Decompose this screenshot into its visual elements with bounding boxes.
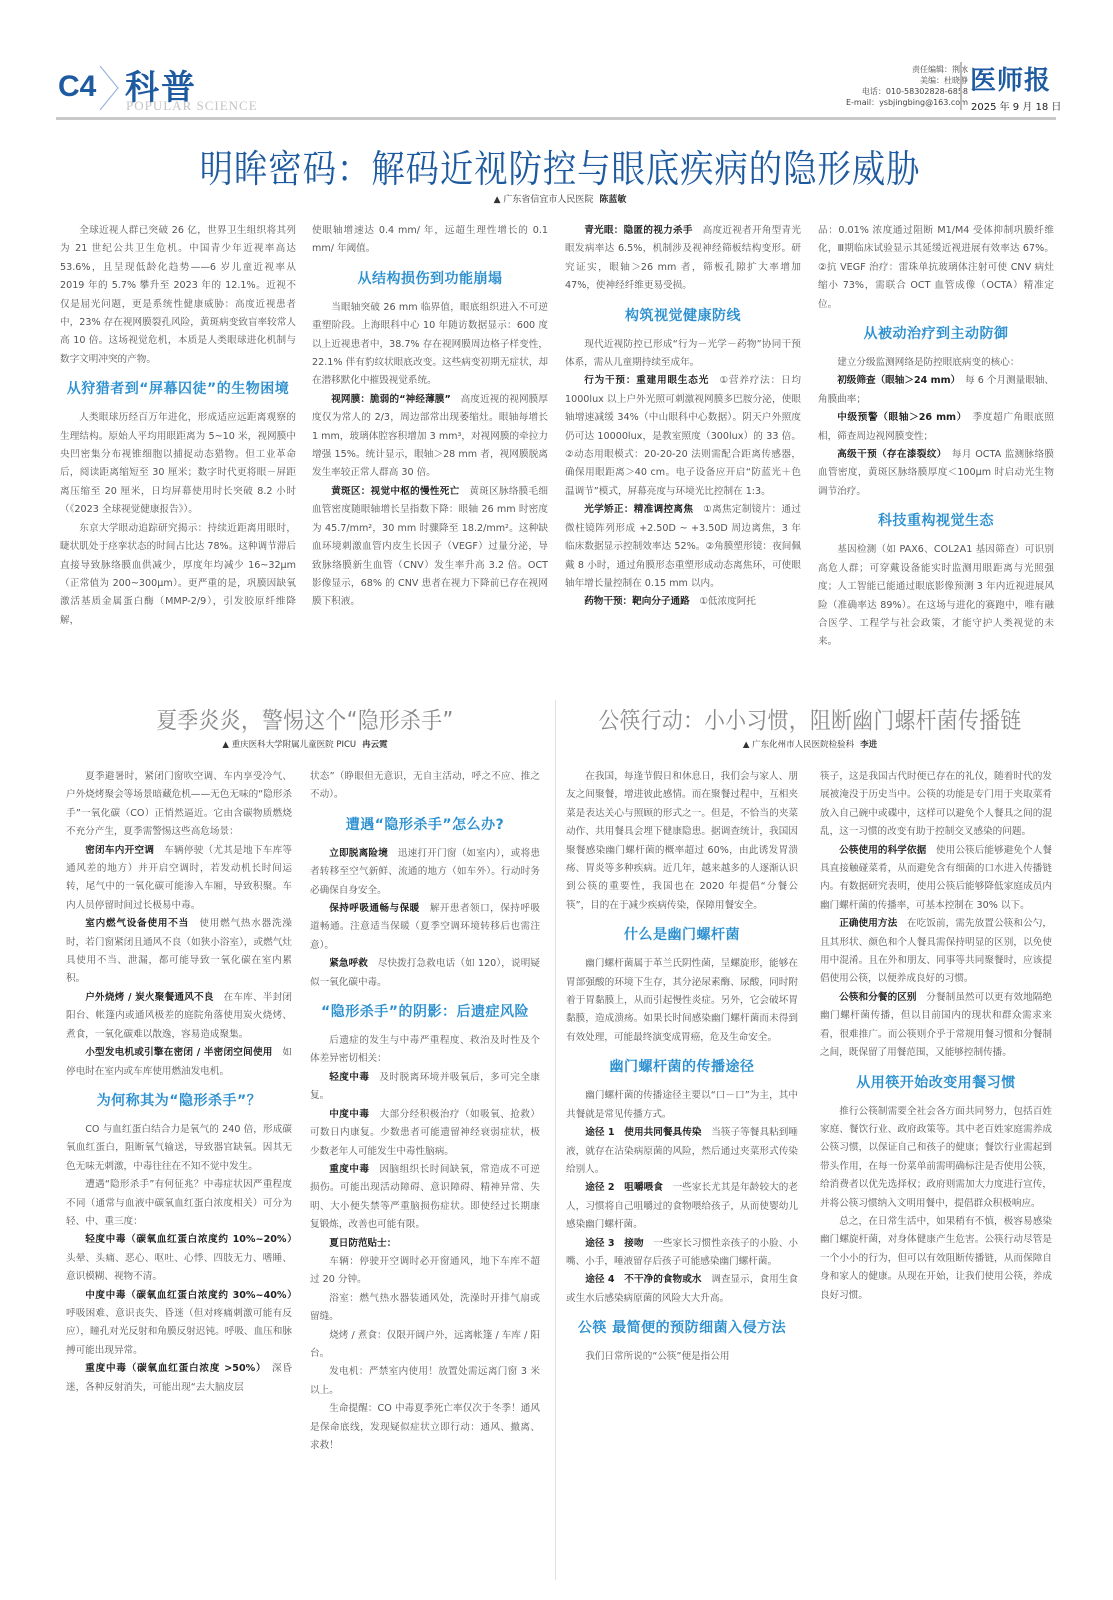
section-heading: 构筑视觉健康防线 [565,306,801,326]
byline-org: ▲ 广东化州市人民医院检验科 [743,740,854,750]
article3-title: 公筷行动：小小习惯，阻断幽门螺杆菌传播链 [590,702,1031,735]
newspaper-logo: 医师报 [970,60,1051,97]
issue-date: 2025 年 9 月 18 日 [971,98,1061,113]
paragraph: 东京大学眼动追踪研究揭示：持续近距离用眼时，睫状肌处于痉挛状态的时间占比达 78… [60,520,296,630]
chevron-right-icon [98,64,120,112]
paragraph: 青光眼：隐匿的视力杀手 高度近视者开角型青光眼发病率达 6.5%，机制涉及视神经… [565,222,801,296]
paragraph-lead: 立即脱离险境 [329,848,388,859]
paragraph: 黄斑区：视觉中枢的慢性死亡 黄斑区脉络膜毛细血管密度随眼轴增长呈指数下降：眼轴 … [312,483,548,612]
section-heading: 从狩猎者到“屏幕囚徒”的生物困境 [60,379,296,399]
paragraph: 光学矫正：精准调控离焦 ①离焦定制镜片：通过微柱镜阵列形成 +2.50D ~ +… [565,501,801,593]
paragraph-lead: 中级预警（眼轴＞26 mm） [837,412,962,423]
byline-org: ▲ 重庆医科大学附属儿童医院 PICU [222,740,356,750]
paragraph-lead: 轻度中毒（碳氧血红蛋白浓度约 10%~20%） [85,1234,292,1245]
paragraph-lead: 正确使用方法 [839,918,897,929]
section-heading: 遭遇“隐形杀手”怎么办? [310,815,540,835]
section-heading: 从被动治疗到主动防御 [818,324,1054,344]
paragraph-body: ①营养疗法：日均 1000lux 以上户外光照可刺激视网膜多巴胺分泌，使眼轴增速… [565,375,801,496]
paragraph: 途径 2 咀嚼喂食 一些家长尤其是年龄较大的老人，习惯将自己咀嚼过的食物喂给孩子… [566,1179,798,1234]
section-subtitle: POPULAR SCIENCE [126,98,258,114]
paragraph: 重度中毒（碳氧血红蛋白浓度 >50%） 深昏迷，各种反射消失，可能出现“去大脑皮… [66,1360,292,1397]
paragraph-lead: 紧急呼救 [329,958,368,969]
paragraph: 立即脱离险境 迅速打开门窗（如室内），或将患者转移至空气新鲜、流通的地方（如车外… [310,845,540,900]
paragraph-lead: 中度中毒（碳氧血红蛋白浓度约 30%~40%） [85,1290,292,1301]
paragraph: 推行公筷制需要全社会各方面共同努力，包括百姓家庭、餐饮行业、政府政策等。其中老百… [820,1103,1052,1213]
page-number: C4 [58,70,96,104]
paragraph-lead: 公筷使用的科学依据 [839,845,926,856]
paragraph-lead: 密闭车内开空调 [85,845,154,856]
section-heading: “隐形杀手”的阴影：后遗症风险 [310,1002,540,1022]
paragraph-lead: 户外烧烤 / 炭火聚餐通风不良 [85,992,213,1003]
article1-column-3: 青光眼：隐匿的视力杀手 高度近视者开角型青光眼发病率达 6.5%，机制涉及视神经… [565,222,801,612]
article2-column-2: 状态”（睁眼但无意识，无自主活动，呼之不应、推之不动）。 遭遇“隐形杀手”怎么办… [310,768,540,1455]
email-credit: E-mail：ysbjingbing@163.com [800,97,968,108]
byline-author: 陈蓝敏 [599,195,626,205]
paragraph-lead: 轻度中毒 [329,1072,369,1083]
section-heading: 为何称其为“隐形杀手”？ [66,1091,292,1111]
paragraph-body: 高度近视的视网膜厚度仅为常人的 2/3，周边部常出现萎缩灶。眼轴每增长 1 mm… [312,394,548,479]
paragraph: 人类眼球历经百万年进化，形成适应远距离观察的生理结构。原始人平均用眼距离为 5~… [60,409,296,519]
phone-credit: 电话：010-58302828-6858 [800,86,968,97]
paragraph: 途径 4 不干净的食物或水 调查显示，食用生食或生水后感染病原菌的风险大大升高。 [566,1271,798,1308]
paragraph: 公筷和分餐的区别 分餐制虽然可以更有效地隔绝幽门螺杆菌传播，但以目前国内的现状和… [820,989,1052,1063]
article2-byline: ▲ 重庆医科大学附属儿童医院 PICU冉云霓 [60,738,550,750]
paragraph-lead: 视网膜：脆弱的“神经薄膜” [331,394,451,405]
paragraph-lead: 途径 4 不干净的食物或水 [585,1274,701,1285]
paragraph: 全球近视人群已突破 26 亿，世界卫生组织将其列为 21 世纪公共卫生危机。中国… [60,222,296,369]
paragraph: 我们日常所说的“公筷”便是指公用 [566,1348,798,1366]
paragraph: 在我国，每逢节假日和休息日，我们会与家人、朋友之间聚餐，增进彼此感情。而在聚餐过… [566,768,798,915]
paragraph-lead: 重度中毒（碳氧血红蛋白浓度 >50%） [85,1363,261,1374]
paragraph: 夏日防范贴士： [310,1235,540,1253]
paragraph: 途径 3 接吻 一些家长习惯性亲孩子的小脸、小嘴、小手，唾液留存后孩子可能感染幽… [566,1235,798,1272]
section-heading: 幽门螺杆菌的传播途径 [566,1057,798,1077]
paragraph: 生命提醒：CO 中毒夏季死亡率仅次于冬季！通风是保命底线，发现疑似症状立即行动：… [310,1400,540,1455]
article1-column-4: 品：0.01% 浓度通过阻断 M1/M4 受体抑制巩膜纤维化，Ⅲ期临床试验显示其… [818,222,1054,652]
paragraph: 浴室：燃气热水器装通风处，洗澡时开排气扇或留缝。 [310,1290,540,1327]
paragraph: 夏季避暑时，紧闭门窗吹空调、车内享受冷气、户外烧烤聚会等场景暗藏危机——无色无味… [66,768,292,842]
paragraph-lead: 夏日防范贴士： [329,1238,396,1249]
article1-column-1: 全球近视人群已突破 26 亿，世界卫生组织将其列为 21 世纪公共卫生危机。中国… [60,222,296,630]
paragraph-lead: 药物干预：靶向分子通路 [584,596,690,607]
paragraph-lead: 光学矫正：精准调控离焦 [584,504,693,515]
paragraph-body: ①低浓度阿托 [699,596,756,607]
paragraph: 发电机：严禁室内使用！放置处需远离门窗 3 米以上。 [310,1363,540,1400]
paragraph-lead: 途径 1 使用共同餐具传染 [585,1127,701,1138]
paragraph: 公筷使用的科学依据 使用公筷后能够避免个人餐具直接触碰菜肴，从而避免含有细菌的口… [820,842,1052,916]
paragraph: 建立分级监测网络是防控眼底病变的核心： [818,354,1054,372]
paragraph: 品：0.01% 浓度通过阻断 M1/M4 受体抑制巩膜纤维化，Ⅲ期临床试验显示其… [818,222,1054,314]
paragraph-lead: 行为干预：重建用眼生态光 [584,375,709,386]
article2-title: 夏季炎炎，警惕这个“隐形杀手” [85,702,526,735]
section-heading: 公筷 最简便的预防细菌入侵方法 [566,1318,798,1338]
paragraph-lead: 公筷和分餐的区别 [839,992,916,1003]
paragraph-lead: 高级干预（存在漆裂纹） [837,449,942,460]
article1-column-2: 使眼轴增速达 0.4 mm/ 年，远超生理性增长的 0.1 mm/ 年阈值。 从… [312,222,548,612]
paragraph: 当眼轴突破 26 mm 临界值，眼底组织进入不可逆重塑阶段。上海眼科中心 10 … [312,299,548,391]
paragraph: 幽门螺杆菌的传播途径主要以“口－口”为主，其中共餐就是常见传播方式。 [566,1087,798,1124]
paragraph: 后遗症的发生与中毒严重程度、救治及时性及个体差异密切相关： [310,1032,540,1069]
paragraph: 遭遇“隐形杀手”有何征兆？中毒症状因严重程度不同（通常与血液中碳氧血红蛋白浓度相… [66,1176,292,1231]
paragraph-lead: 重度中毒 [329,1164,369,1175]
paragraph: 密闭车内开空调 车辆停驶（尤其是地下车库等通风差的地方）并开启空调时，若发动机长… [66,842,292,916]
paragraph: 中度中毒（碳氧血红蛋白浓度约 30%~40%） 呼吸困难、意识丧失、昏迷（但对疼… [66,1287,292,1361]
article3-byline: ▲ 广东化州市人民医院检验科李进 [565,738,1055,750]
paragraph: CO 与血红蛋白结合力是氧气的 240 倍，形成碳氧血红蛋白，阻断氧气输送，导致… [66,1121,292,1176]
paragraph: 轻度中毒 及时脱离环境并吸氧后，多可完全康复。 [310,1069,540,1106]
paragraph-body: 呼吸困难、意识丧失、昏迷（但对疼痛刺激可能有反应），瞳孔对光反射和角膜反射迟钝。… [66,1308,292,1356]
section-heading: 从用筷开始改变用餐习惯 [820,1073,1052,1093]
article3-column-2: 筷子，这是我国古代时便已存在的礼仪，随着时代的发展被淹没于历史当中。公筷的功能是… [820,768,1052,1305]
article2-column-1: 夏季避暑时，紧闭门窗吹空调、车内享受冷气、户外烧烤聚会等场景暗藏危机——无色无味… [66,768,292,1397]
paragraph: 户外烧烤 / 炭火聚餐通风不良 在车库、半封闭阳台、帐篷内或通风极差的庭院角落使… [66,989,292,1044]
paragraph: 正确使用方法 在吃饭前，需先放置公筷和公勺，且其形状、颜色和个人餐具需保持明显的… [820,915,1052,989]
paragraph: 室内燃气设备使用不当 使用燃气热水器洗澡时，若门窗紧闭且通风不良（如狭小浴室），… [66,915,292,989]
paragraph-body: 头晕、头痛、恶心、呕吐、心悸、四肢无力、嗜睡、意识模糊、视物不清。 [66,1253,292,1282]
paragraph: 筷子，这是我国古代时便已存在的礼仪，随着时代的发展被淹没于历史当中。公筷的功能是… [820,768,1052,842]
paragraph: 小型发电机或引擎在密闭 / 半密闭空间使用 如停电时在室内或车库使用燃油发电机。 [66,1044,292,1081]
paragraph: 基因检测（如 PAX6、COL2A1 基因筛查）可识别高危人群；可穿戴设备能实时… [818,541,1054,651]
paragraph: 幽门螺杆菌属于革兰氏阴性菌，呈螺旋形，能够在胃部强酸的环境下生存，其分泌尿素酶、… [566,955,798,1047]
paragraph-lead: 小型发电机或引擎在密闭 / 半密闭空间使用 [85,1047,272,1058]
paragraph: 中度中毒 大部分经积极治疗（如吸氧、抢救）可数日内康复。少数患者可能遗留神经衰弱… [310,1106,540,1161]
paragraph-lead: 初级筛查（眼轴＞24 mm） [837,375,955,386]
paragraph-body: ①离焦定制镜片：通过微柱镜阵列形成 +2.50D ~ +3.50D 周边离焦，3… [565,504,801,589]
paragraph: 保持呼吸通畅与保暖 解开患者领口，保持呼吸道畅通。注意适当保暖（夏季空调环境转移… [310,900,540,955]
editorial-credits: 责任编辑：荆冰 美编：杜晓静 电话：010-58302828-6858 E-ma… [800,64,968,108]
paragraph-body: 黄斑区脉络膜毛细血管密度随眼轴增长呈指数下降：眼轴 26 mm 时密度为 45.… [312,486,548,607]
paragraph: 初级筛查（眼轴＞24 mm） 每 6 个月测量眼轴、角膜曲率； [818,372,1054,409]
paragraph: 烧烤 / 煮食：仅限开阔户外，远离帐篷 / 车库 / 阳台。 [310,1327,540,1364]
article1-title: 明眸密码：解码近视防控与眼底疾病的隐形威胁 [120,138,1000,193]
paragraph: 总之，在日常生活中，如果稍有不慎，极容易感染幽门螺旋杆菌，对身体健康产生危害。公… [820,1213,1052,1305]
paragraph: 视网膜：脆弱的“神经薄膜” 高度近视的视网膜厚度仅为常人的 2/3，周边部常出现… [312,391,548,483]
paragraph: 现代近视防控已形成“行为－光学－药物”协同干预体系，需从儿童期持续至成年。 [565,336,801,373]
section-heading: 科技重构视觉生态 [818,511,1054,531]
paragraph: 途径 1 使用共同餐具传染 当筷子等餐具粘到唾液，就存在沾染病原菌的风险，然后通… [566,1124,798,1179]
byline-org: ▲ 广东省信宜市人民医院 [494,195,594,205]
section-heading: 什么是幽门螺杆菌 [566,925,798,945]
column-divider [555,700,556,1580]
paragraph-lead: 途径 3 接吻 [585,1238,643,1249]
paragraph: 状态”（睁眼但无意识，无自主活动，呼之不应、推之不动）。 [310,768,540,805]
masthead: C4 科普 POPULAR SCIENCE 责任编辑：荆冰 美编：杜晓静 电话：… [0,0,1113,120]
byline-author: 李进 [860,740,877,750]
paragraph: 紧急呼救 尽快拨打急救电话（如 120），说明疑似一氧化碳中毒。 [310,955,540,992]
paragraph: 使眼轴增速达 0.4 mm/ 年，远超生理性增长的 0.1 mm/ 年阈值。 [312,222,548,259]
section-heading: 从结构损伤到功能崩塌 [312,269,548,289]
byline-author: 冉云霓 [362,740,388,750]
paragraph: 行为干预：重建用眼生态光 ①营养疗法：日均 1000lux 以上户外光照可刺激视… [565,372,801,501]
paragraph-lead: 中度中毒 [329,1109,369,1120]
paragraph: 轻度中毒（碳氧血红蛋白浓度约 10%~20%） 头晕、头痛、恶心、呕吐、心悸、四… [66,1231,292,1286]
paragraph-lead: 保持呼吸通畅与保暖 [329,903,420,914]
paragraph-lead: 室内燃气设备使用不当 [85,918,189,929]
paragraph: 药物干预：靶向分子通路 ①低浓度阿托 [565,593,801,611]
paragraph: 中级预警（眼轴＞26 mm） 季度超广角眼底照相，筛查周边视网膜变性； [818,409,1054,446]
paragraph-lead: 途径 2 咀嚼喂食 [585,1182,663,1193]
article1-byline: ▲ 广东省信宜市人民医院陈蓝敏 [60,192,1060,205]
paragraph: 重度中毒 因脑组织长时间缺氧，常造成不可逆损伤。可能出现活动障碍、意识障碍、精神… [310,1161,540,1235]
paragraph: 车辆：停驶开空调时必开窗通风，地下车库不超过 20 分钟。 [310,1253,540,1290]
paragraph-lead: 青光眼：隐匿的视力杀手 [584,225,693,236]
paragraph-lead: 黄斑区：视觉中枢的慢性死亡 [331,486,459,497]
designer-credit: 美编：杜晓静 [800,75,968,86]
header-rule [56,117,1056,120]
masthead-divider [960,62,962,110]
paragraph: 高级干预（存在漆裂纹） 每月 OCTA 监测脉络膜血管密度，黄斑区脉络膜厚度＜1… [818,446,1054,501]
editor-credit: 责任编辑：荆冰 [800,64,968,75]
article3-column-1: 在我国，每逢节假日和休息日，我们会与家人、朋友之间聚餐，增进彼此感情。而在聚餐过… [566,768,798,1367]
